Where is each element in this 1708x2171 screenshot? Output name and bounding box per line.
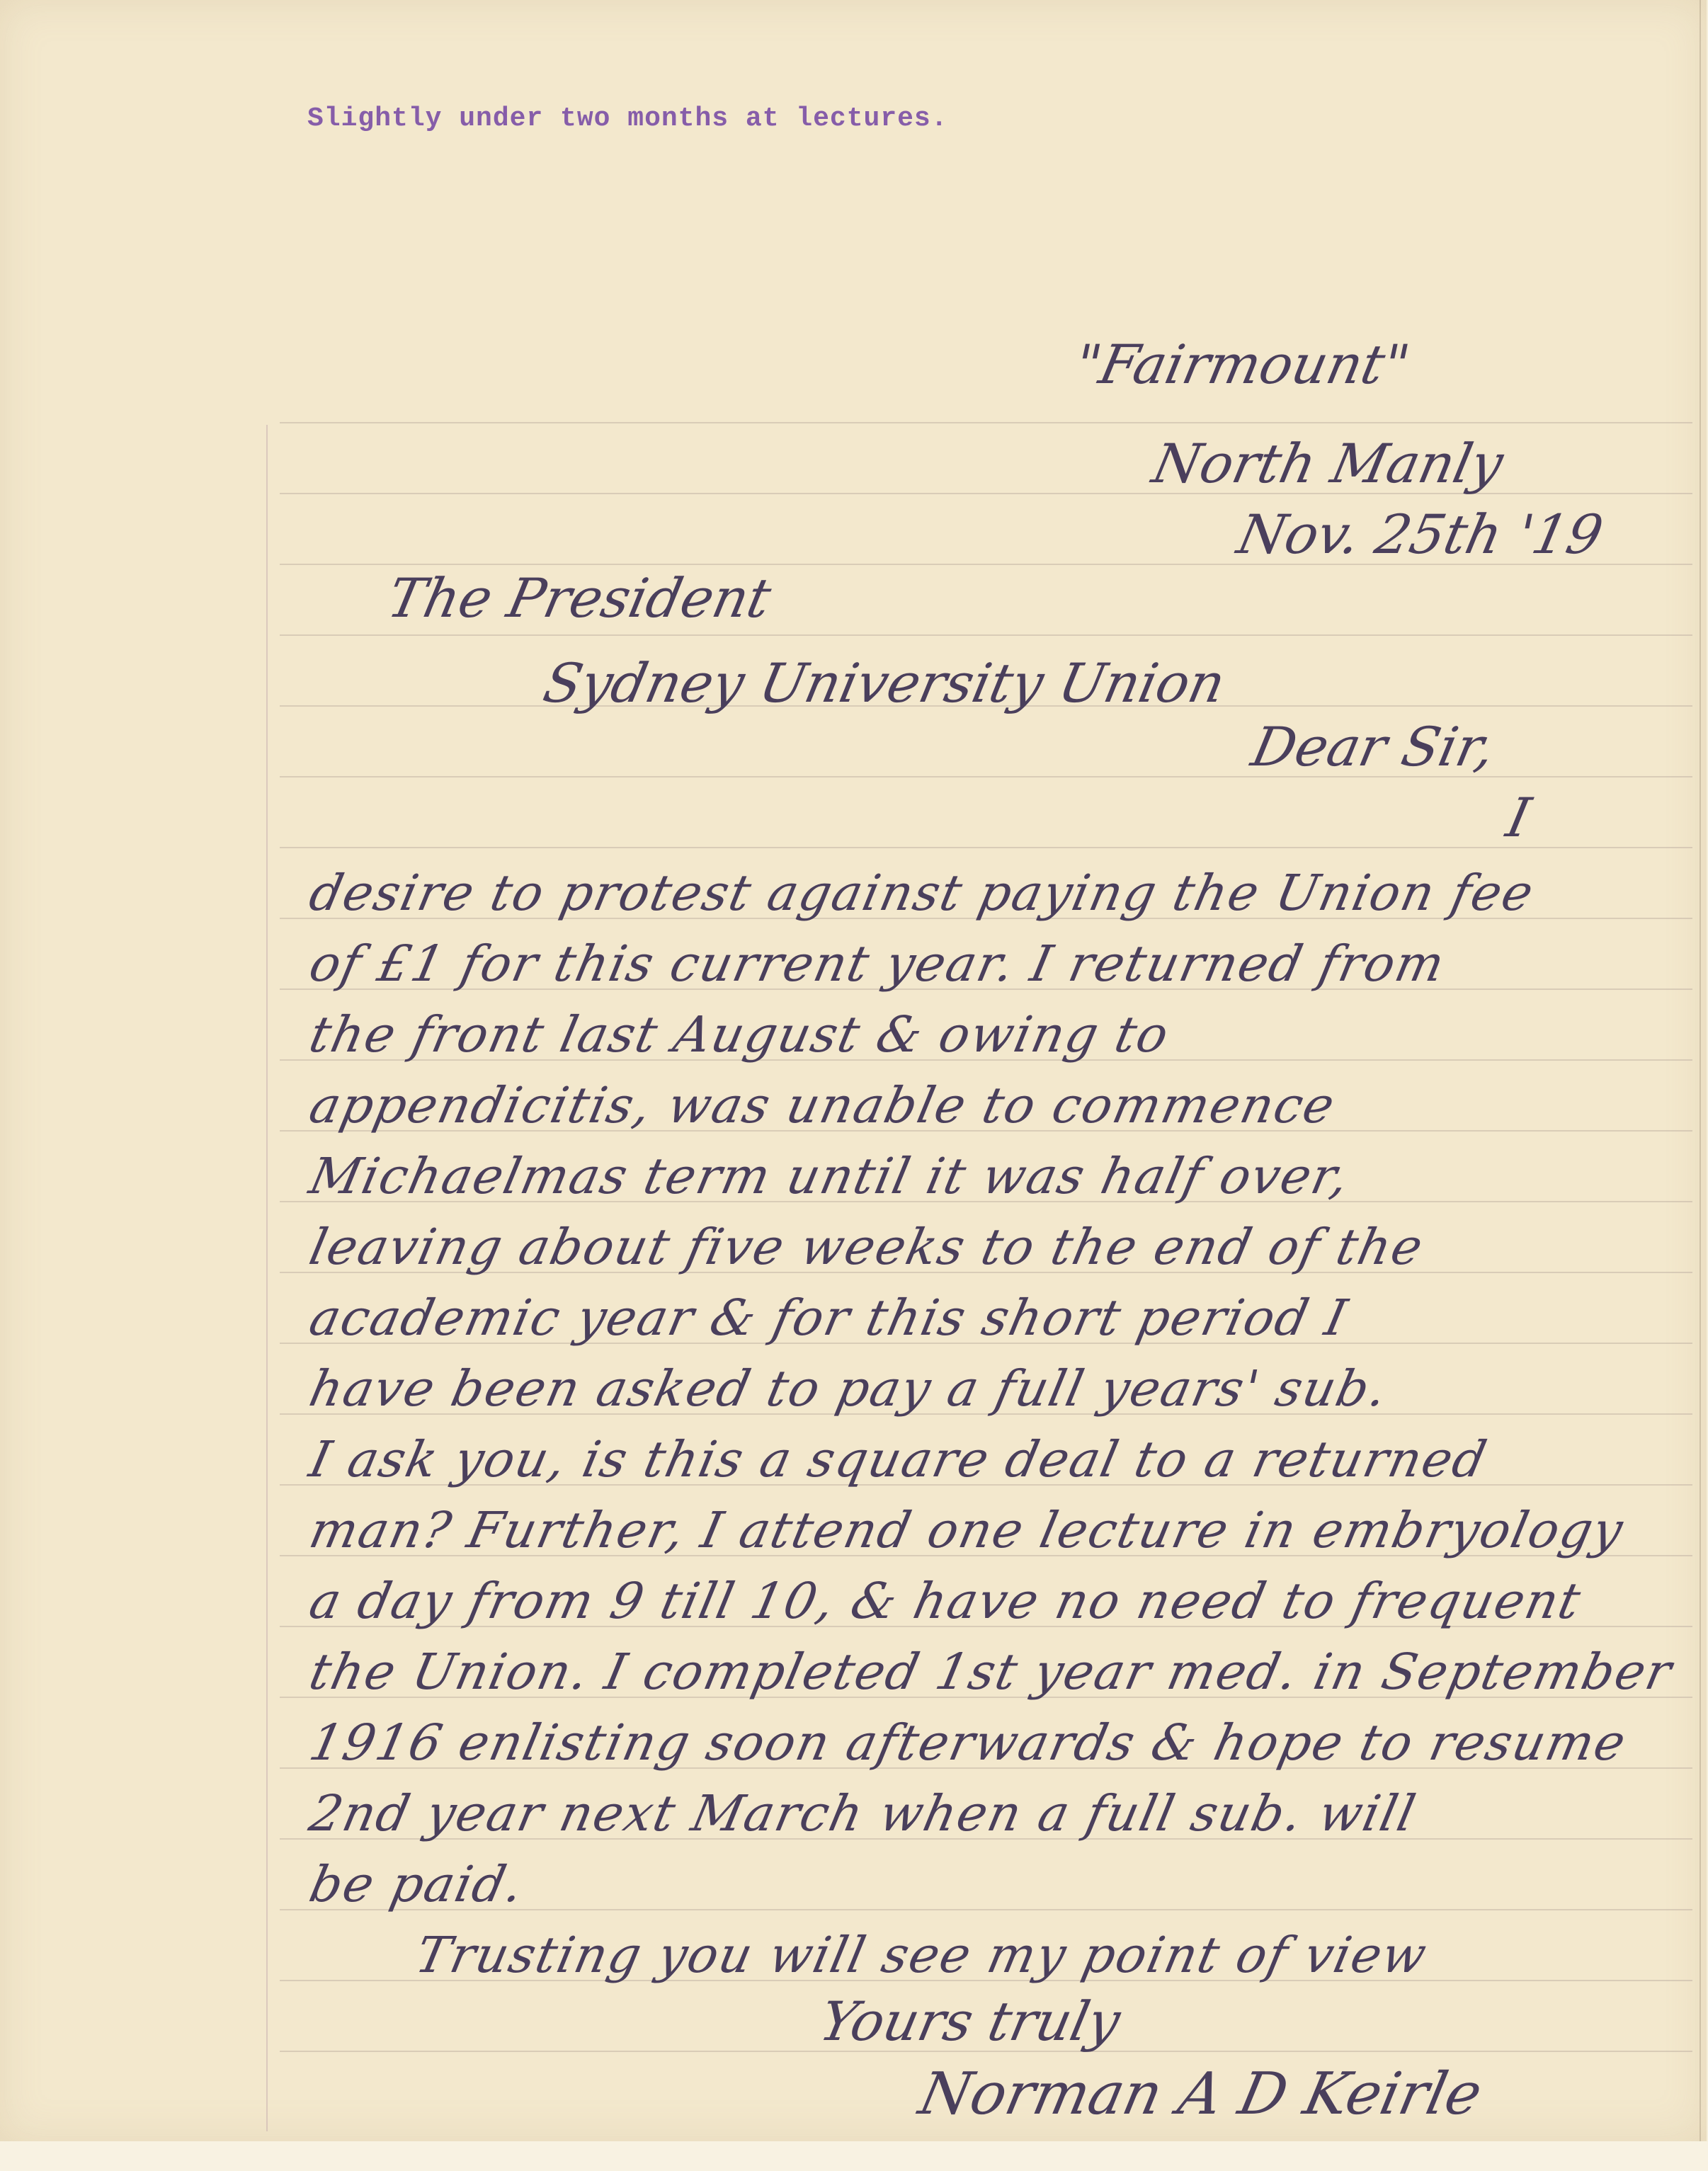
recipient-organization: Sydney University Union bbox=[538, 651, 1231, 714]
ruled-line bbox=[280, 422, 1692, 423]
body-line: desire to protest against paying the Uni… bbox=[304, 864, 1539, 922]
body-line: Michaelmas term until it was half over, bbox=[304, 1147, 1355, 1205]
body-line: be paid. bbox=[304, 1855, 530, 1913]
letter-page: Slightly under two months at lectures. "… bbox=[0, 0, 1707, 2141]
body-line: of £1 for this current year. I returned … bbox=[304, 935, 1451, 993]
letter-date: Nov. 25th '19 bbox=[1232, 503, 1608, 566]
body-line: leaving about five weeks to the end of t… bbox=[304, 1218, 1429, 1276]
margin-rule bbox=[266, 425, 268, 2131]
closing-line: Trusting you will see my point of view bbox=[411, 1926, 1433, 1984]
body-line: a day from 9 till 10, & have no need to … bbox=[304, 1572, 1587, 1630]
body-line: 2nd year next March when a full sub. wil… bbox=[304, 1784, 1421, 1842]
valediction: Yours truly bbox=[814, 1990, 1126, 2053]
address-suburb: North Manly bbox=[1147, 432, 1508, 495]
ruled-line bbox=[280, 634, 1692, 636]
body-line: the Union. I completed 1st year med. in … bbox=[304, 1643, 1678, 1701]
body-line: I ask you, is this a square deal to a re… bbox=[304, 1430, 1493, 1488]
body-line: the front last August & owing to bbox=[304, 1005, 1175, 1064]
typed-annotation: Slightly under two months at lectures. bbox=[307, 103, 948, 134]
body-line: academic year & for this short period I bbox=[304, 1289, 1353, 1347]
ruled-line bbox=[280, 847, 1692, 848]
signature: Norman A D Keirle bbox=[913, 2061, 1488, 2128]
salutation-continuation: I bbox=[1501, 786, 1536, 849]
body-line: 1916 enlisting soon afterwards & hope to… bbox=[304, 1714, 1632, 1772]
body-line: man? Further, I attend one lecture in em… bbox=[304, 1501, 1629, 1559]
address-house: "Fairmount" bbox=[1069, 333, 1416, 396]
body-line: appendicitis, was unable to commence bbox=[304, 1076, 1340, 1134]
salutation: Dear Sir, bbox=[1246, 715, 1501, 778]
recipient-title: The President bbox=[382, 566, 777, 629]
scan-background bbox=[0, 2141, 1708, 2171]
body-line: have been asked to pay a full years' sub… bbox=[304, 1360, 1394, 1418]
